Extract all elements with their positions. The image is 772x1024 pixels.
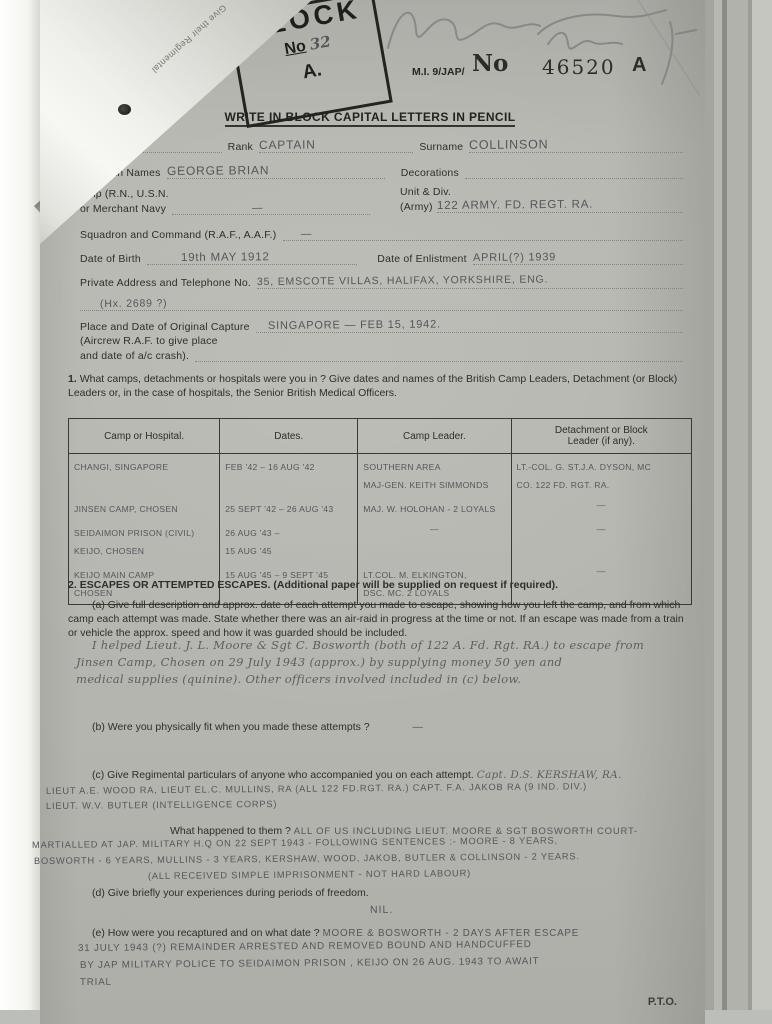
row-christian-decorations: Christian Names GEORGE BRIAN Decorations: [80, 164, 683, 179]
question-1: 1. What camps, detachments or hospitals …: [68, 372, 687, 400]
col-camp-leader: Camp Leader.: [358, 419, 511, 454]
question-2c: (c) Give Regimental particulars of anyon…: [92, 768, 695, 782]
col-detachment-leader: Detachment or Block Leader (if any).: [511, 419, 691, 454]
camp-cell: CHANGI, SINGAPORE: [74, 462, 168, 472]
capture-value: SINGAPORE — FEB 15, 1942.: [268, 318, 441, 332]
question-1-text: What camps, detachments or hospitals wer…: [68, 373, 677, 399]
question-2d-text: Give briefly your experiences during per…: [108, 887, 369, 899]
camps-table-header-row: Camp or Hospital. Dates. Camp Leader. De…: [69, 419, 692, 454]
squadron-label: Squadron and Command (R.A.F., A.A.F.): [80, 229, 277, 241]
table-row: CHANGI, SINGAPORE FEB '42 – 16 AUG '42 S…: [69, 454, 692, 497]
answer-wh-line3: BOSWORTH - 6 YEARS, MULLINS - 3 YEARS, K…: [34, 850, 699, 866]
stamp-no-value-handwritten: 32: [308, 32, 332, 53]
rank-label: Rank: [228, 141, 253, 153]
stamp-no-label: No: [283, 38, 307, 58]
curl-back-text: Give their Regimental: [122, 0, 255, 100]
ship-field: —: [172, 200, 370, 215]
block-leader-cell: —: [517, 565, 686, 577]
answer-wh-line2: MARTIALLED AT JAP. MILITARY H.Q ON 22 SE…: [32, 834, 699, 850]
answer-2b: —: [413, 721, 424, 733]
row-address: Private Address and Telephone No. 35, EM…: [80, 274, 683, 289]
answer-wh-line4: (ALL RECEIVED SIMPLE IMPRISONMENT - NOT …: [148, 866, 699, 881]
pto-note: P.T.O.: [648, 996, 677, 1008]
dob-field: 19th MAY 1912: [147, 250, 357, 265]
unit-div-block: Unit & Div. (Army) 122 ARMY. FD. REGT. R…: [400, 186, 683, 213]
block-leader-cell: LT.-COL. G. ST.J.A. DYSON, MC CO. 122 FD…: [517, 462, 652, 490]
leader-cell: —: [363, 523, 505, 535]
col-camp-or-hospital: Camp or Hospital.: [69, 419, 220, 454]
address-field: 35, EMSCOTE VILLAS, HALIFAX, YORKSHIRE, …: [257, 274, 683, 289]
dates-cell: 26 AUG '43 – 15 AUG '45: [225, 528, 279, 556]
row-dob-enlistment: Date of Birth 19th MAY 1912 Date of Enli…: [80, 250, 683, 265]
scanned-pow-form-photo: BLOCK No 32 A. Give their Regimental M.I…: [0, 0, 772, 1024]
question-2d: (d) Give briefly your experiences during…: [92, 886, 691, 900]
dates-cell: FEB '42 – 16 AUG '42: [225, 462, 315, 472]
answer-2a-line2: Jinsen Camp, Chosen on 29 July 1943 (app…: [76, 655, 691, 669]
squadron-value: —: [300, 228, 311, 240]
capture-note-line2: and date of a/c crash).: [80, 350, 189, 362]
ship-block: Ship (R.N., U.S.N. or Merchant Navy —: [80, 188, 370, 215]
answer-2c-inline: Capt. D.S. KERSHAW, RA.: [477, 769, 622, 781]
col-dates: Dates.: [220, 419, 358, 454]
unit-div-field: 122 ARMY. FD. REGT. RA.: [437, 198, 683, 213]
question-2e-label: (e): [92, 927, 105, 939]
unit-div-value: 122 ARMY. FD. REGT. RA.: [437, 199, 593, 212]
table-row: JINSEN CAMP, CHOSEN 25 SEPT '42 – 26 AUG…: [69, 496, 692, 520]
ship-value: —: [252, 202, 263, 214]
leader-cell: SOUTHERN AREA MAJ-GEN. KEITH SIMMONDS: [363, 462, 488, 490]
christian-names-value: GEORGE BRIAN: [167, 163, 269, 178]
pencil-scribble: [370, 0, 700, 120]
address-field-line2: (Hx. 2689 ?): [80, 296, 683, 311]
capture-block: Place and Date of Original Capture SINGA…: [80, 318, 683, 362]
enlistment-label: Date of Enlistment: [377, 253, 466, 265]
decorations-label: Decorations: [401, 167, 459, 179]
question-2d-label: (d): [92, 887, 105, 899]
punch-hole: [118, 104, 131, 115]
dob-label: Date of Birth: [80, 253, 141, 265]
dob-value: 19th MAY 1912: [181, 251, 270, 264]
form-page: BLOCK No 32 A. Give their Regimental M.I…: [40, 0, 705, 1024]
capture-label: Place and Date of Original Capture: [80, 321, 250, 333]
ship-label-line1: Ship (R.N., U.S.N.: [80, 188, 370, 200]
surname-field: COLLINSON: [469, 138, 683, 153]
leader-cell: MAJ. W. HOLOHAN - 2 LOYALS: [363, 504, 495, 514]
enlistment-field: APRIL(?) 1939: [473, 250, 683, 265]
unit-div-label-line2: (Army): [400, 201, 433, 213]
question-1-number: 1.: [68, 373, 77, 385]
question-2-number: 2.: [68, 579, 77, 591]
question-2a: (a) Give full description and approx. da…: [68, 598, 691, 640]
decorations-field: [465, 164, 683, 179]
answer-2e-inline: MOORE & BOSWORTH - 2 DAYS AFTER ESCAPE: [323, 928, 580, 939]
what-happened-text: What happened to them ?: [170, 825, 291, 837]
question-2e-text: How were you recaptured and on what date…: [108, 927, 320, 939]
stacked-page-edges: [700, 0, 772, 1024]
surname-label: Surname: [419, 141, 463, 153]
camp-cell: JINSEN CAMP, CHOSEN: [74, 504, 178, 514]
rank-value: CAPTAIN: [259, 138, 316, 152]
answer-2e-line3: BY JAP MILITARY POLICE TO SEIDAIMON PRIS…: [80, 955, 697, 971]
camps-table: Camp or Hospital. Dates. Camp Leader. De…: [68, 418, 692, 605]
question-2b-label: (b): [92, 721, 105, 733]
address-value-line2: (Hx. 2689 ?): [100, 297, 167, 310]
answer-2d: NIL.: [370, 904, 393, 916]
question-2-heading: 2. ESCAPES OR ATTEMPTED ESCAPES. (Additi…: [68, 578, 689, 592]
question-2a-label: (a): [92, 599, 105, 611]
camp-cell: SEIDAIMON PRISON (CIVIL) KEIJO, CHOSEN: [74, 528, 194, 556]
answer-2a-line1: I helped Lieut. J. L. Moore & Sgt C. Bos…: [92, 638, 691, 652]
question-2a-text: Give full description and approx. date o…: [68, 599, 684, 639]
ship-label-line2: or Merchant Navy: [80, 203, 166, 215]
address-value: 35, EMSCOTE VILLAS, HALIFAX, YORKSHIRE, …: [257, 273, 548, 288]
block-leader-cell: —: [517, 523, 686, 535]
block-leader-cell: —: [517, 499, 686, 511]
photo-left-margin: [0, 0, 40, 1024]
capture-field: SINGAPORE — FEB 15, 1942.: [256, 318, 683, 333]
capture-field-line2: [195, 347, 683, 362]
question-2b: (b) Were you physically fit when you mad…: [92, 720, 691, 734]
question-2b-text: Were you physically fit when you made th…: [108, 721, 370, 733]
question-2c-label: (c): [92, 769, 104, 781]
row-squadron: Squadron and Command (R.A.F., A.A.F.) —: [80, 226, 683, 241]
enlistment-value: APRIL(?) 1939: [473, 251, 556, 264]
squadron-field: —: [283, 226, 684, 241]
address-label: Private Address and Telephone No.: [80, 277, 251, 289]
surname-value: COLLINSON: [469, 137, 549, 152]
answer-2a-line3: medical supplies (quinine). Other office…: [76, 672, 691, 686]
answer-2e-line4: TRIAL: [80, 977, 112, 988]
question-2-title: ESCAPES OR ATTEMPTED ESCAPES. (Additiona…: [80, 579, 558, 591]
table-row: SEIDAIMON PRISON (CIVIL) KEIJO, CHOSEN 2…: [69, 520, 692, 562]
answer-2c-line3: LIEUT. W.V. BUTLER (INTELLIGENCE CORPS): [46, 795, 697, 811]
christian-names-field: GEORGE BRIAN: [167, 164, 385, 179]
rank-field: CAPTAIN: [259, 138, 413, 153]
dates-cell: 25 SEPT '42 – 26 AUG '43: [225, 504, 333, 514]
row-no-rank-surname: No. 92934 Rank CAPTAIN Surname COLLINSON: [80, 138, 683, 153]
answer-2c-line2: LIEUT A.E. WOOD RA, LIEUT EL.C. MULLINS,…: [46, 780, 697, 796]
unit-div-label-line1: Unit & Div.: [400, 186, 683, 198]
question-2c-text: Give Regimental particulars of anyone wh…: [107, 769, 474, 781]
row-address-continued: (Hx. 2689 ?): [80, 296, 683, 311]
capture-note-line1: (Aircrew R.A.F. to give place: [80, 335, 683, 347]
